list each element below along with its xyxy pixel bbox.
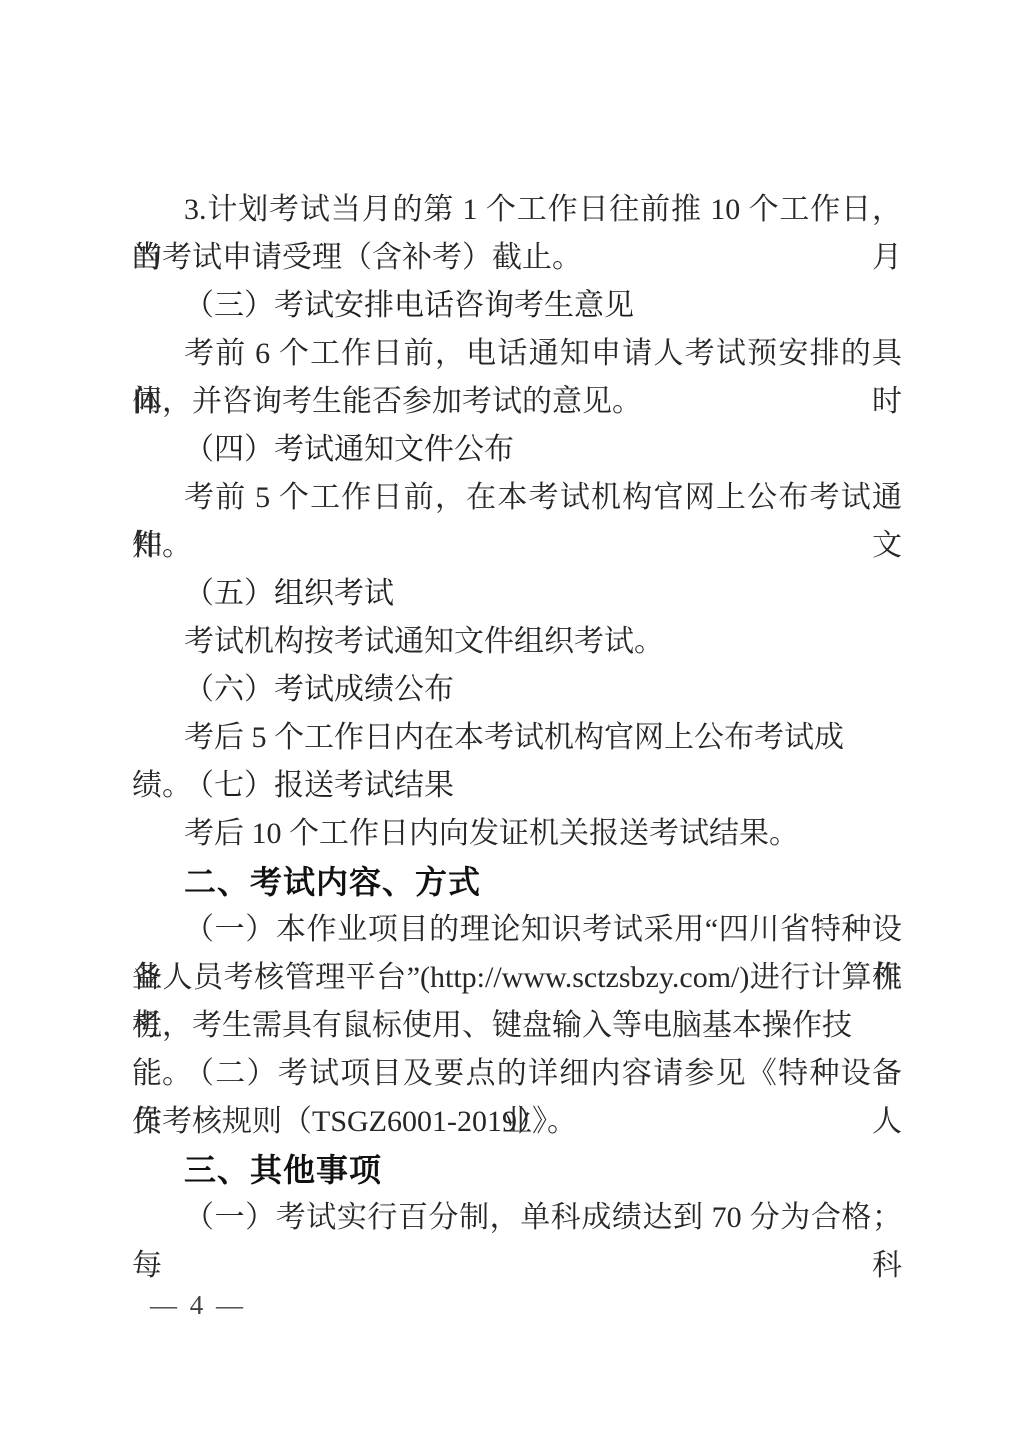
text-line: 考前 5 个工作日前，在本考试机构官网上公布考试通知文 [132, 474, 902, 522]
text-line: 考前 6 个工作日前，电话通知申请人考试预安排的具体时 [132, 330, 902, 378]
document-page: 3.计划考试当月的第 1 个工作日往前推 10 个工作日，当月 的考试申请受理（… [0, 0, 1024, 1448]
chapter-heading: 二、考试内容、方式 [132, 858, 902, 906]
text-line: 3.计划考试当月的第 1 个工作日往前推 10 个工作日，当月 [132, 186, 902, 234]
text-line: （二）考试项目及要点的详细内容请参见《特种设备作业人 [132, 1050, 902, 1098]
text-line: 考，考生需具有鼠标使用、键盘输入等电脑基本操作技能。 [132, 1002, 902, 1050]
text-line: 考试机构按考试通知文件组织考试。 [132, 618, 902, 666]
text-line: 考后 5 个工作日内在本考试机构官网上公布考试成绩。 [132, 714, 902, 762]
text-line: （一）考试实行百分制，单科成绩达到 70 分为合格；每科 [132, 1194, 902, 1242]
page-number: — 4 — [150, 1281, 246, 1329]
text-line: （一）本作业项目的理论知识考试采用“四川省特种设备作 [132, 906, 902, 954]
text-line-url: 业人员考核管理平台”(http://www.sctzsbzy.com/)进行计算… [132, 954, 902, 1002]
section-heading: （四）考试通知文件公布 [132, 426, 902, 474]
text-line: 考后 10 个工作日内向发证机关报送考试结果。 [132, 810, 902, 858]
section-heading: （七）报送考试结果 [132, 762, 902, 810]
section-heading: （五）组织考试 [132, 570, 902, 618]
section-heading: （六）考试成绩公布 [132, 666, 902, 714]
chapter-heading: 三、其他事项 [132, 1146, 902, 1194]
document-content: 3.计划考试当月的第 1 个工作日往前推 10 个工作日，当月 的考试申请受理（… [132, 186, 902, 1242]
section-heading: （三）考试安排电话咨询考生意见 [132, 282, 902, 330]
